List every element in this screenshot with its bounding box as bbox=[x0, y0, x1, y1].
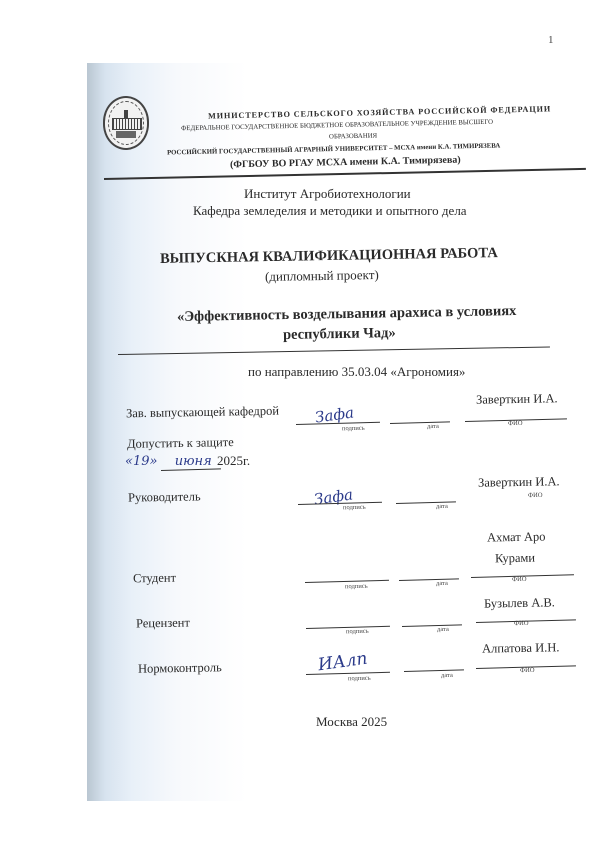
normcontrol-label: Нормоконтроль bbox=[138, 660, 222, 676]
normcontrol-name: Алпатова И.Н. bbox=[482, 640, 560, 656]
document-subtitle: (дипломный проект) bbox=[265, 267, 379, 285]
reviewer-signature-caption: подпись bbox=[346, 628, 369, 635]
student-name-line1: Ахмат Аро bbox=[487, 529, 546, 545]
student-date-caption: дата bbox=[436, 580, 448, 587]
department-name: Кафедра земледелия и методики и опытного… bbox=[193, 203, 467, 219]
normcontrol-fio-caption: ФИО bbox=[520, 667, 535, 674]
supervisor-fio-caption: ФИО bbox=[528, 492, 543, 499]
supervisor-signature-caption: подпись bbox=[343, 504, 366, 511]
student-label: Студент bbox=[133, 571, 176, 587]
student-name-line2: Курами bbox=[495, 551, 535, 567]
reviewer-fio-caption: ФИО bbox=[514, 620, 529, 627]
admit-day: «19» bbox=[125, 454, 157, 469]
reviewer-name: Бузылев А.В. bbox=[484, 595, 555, 611]
admit-year: 2025г. bbox=[217, 453, 250, 468]
supervisor-label: Руководитель bbox=[128, 489, 201, 505]
normcontrol-signature-caption: подпись bbox=[348, 675, 371, 682]
supervisor-name: Заверткин И.А. bbox=[478, 474, 560, 490]
student-signature-caption: подпись bbox=[345, 583, 368, 590]
logo-building bbox=[112, 118, 142, 130]
student-fio-caption: ФИО bbox=[512, 576, 527, 583]
reviewer-label: Рецензент bbox=[136, 616, 190, 632]
study-direction: по направлению 35.03.04 «Агрономия» bbox=[248, 364, 465, 380]
head-date-caption: дата bbox=[427, 423, 439, 430]
page-number: 1 bbox=[548, 34, 554, 46]
head-signature-caption: подпись bbox=[342, 425, 365, 432]
admit-date: «19» июня 2025г. bbox=[125, 453, 250, 469]
institute-name: Институт Агробиотехнологии bbox=[244, 186, 411, 202]
city-year: Москва 2025 bbox=[316, 714, 387, 730]
head-of-department-name: Заверткин И.А. bbox=[476, 391, 558, 407]
header-institution-type-cont: ОБРАЗОВАНИЯ bbox=[329, 132, 377, 140]
head-of-department-label: Зав. выпускающей кафедрой bbox=[126, 404, 279, 422]
logo-tower bbox=[124, 110, 128, 118]
logo-year-plate bbox=[116, 131, 136, 138]
supervisor-date-caption: дата bbox=[436, 503, 448, 510]
admit-to-defense-label: Допустить к защите bbox=[127, 435, 234, 452]
university-logo-icon bbox=[103, 96, 149, 150]
reviewer-date-caption: дата bbox=[437, 626, 449, 633]
thesis-topic-line2: республики Чад» bbox=[283, 325, 396, 344]
head-fio-caption: ФИО bbox=[508, 420, 523, 427]
admit-month: июня bbox=[175, 454, 212, 469]
normcontrol-date-caption: дата bbox=[441, 672, 453, 679]
